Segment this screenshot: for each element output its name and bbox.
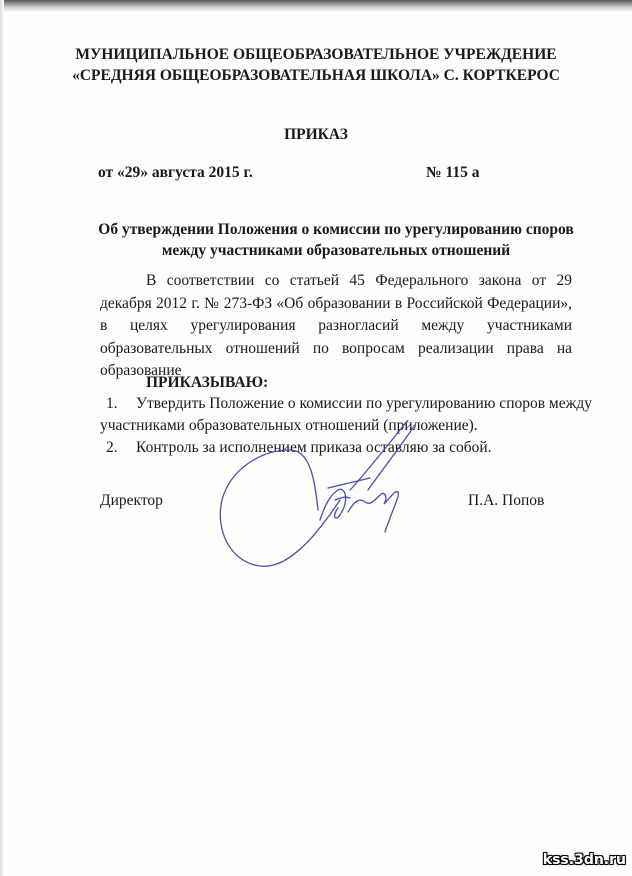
item-1-number: 1. xyxy=(106,395,118,413)
preamble-paragraph: В соответствии со статьей 45 Федеральног… xyxy=(100,270,572,383)
item-2-number: 2. xyxy=(106,439,118,457)
header-line-1: МУНИЦИПАЛЬНОЕ ОБЩЕОБРАЗОВАТЕЛЬНОЕ УЧРЕЖД… xyxy=(0,46,632,64)
subject-line-1: Об утверждении Положения о комиссии по у… xyxy=(0,221,632,239)
signature-icon xyxy=(200,420,460,580)
preamble-text: В соответствии со статьей 45 Федеральног… xyxy=(100,272,572,379)
document-title: ПРИКАЗ xyxy=(0,126,632,144)
signer-name: П.А. Попов xyxy=(468,492,544,510)
order-date: от «29» августа 2015 г. xyxy=(98,164,253,182)
signer-position: Директор xyxy=(100,492,163,510)
watermark: kss.3dn.ru xyxy=(543,852,626,868)
order-word: ПРИКАЗЫВАЮ: xyxy=(146,374,268,392)
subject-line-2: между участниками образовательных отноше… xyxy=(0,242,632,260)
scan-edge xyxy=(0,0,632,12)
item-1-text-line-1: Утвердить Положение о комиссии по урегул… xyxy=(136,395,592,413)
header-line-2: «СРЕДНЯЯ ОБЩЕОБРАЗОВАТЕЛЬНАЯ ШКОЛА» С. К… xyxy=(0,67,632,85)
order-number: № 115 а xyxy=(426,164,479,182)
